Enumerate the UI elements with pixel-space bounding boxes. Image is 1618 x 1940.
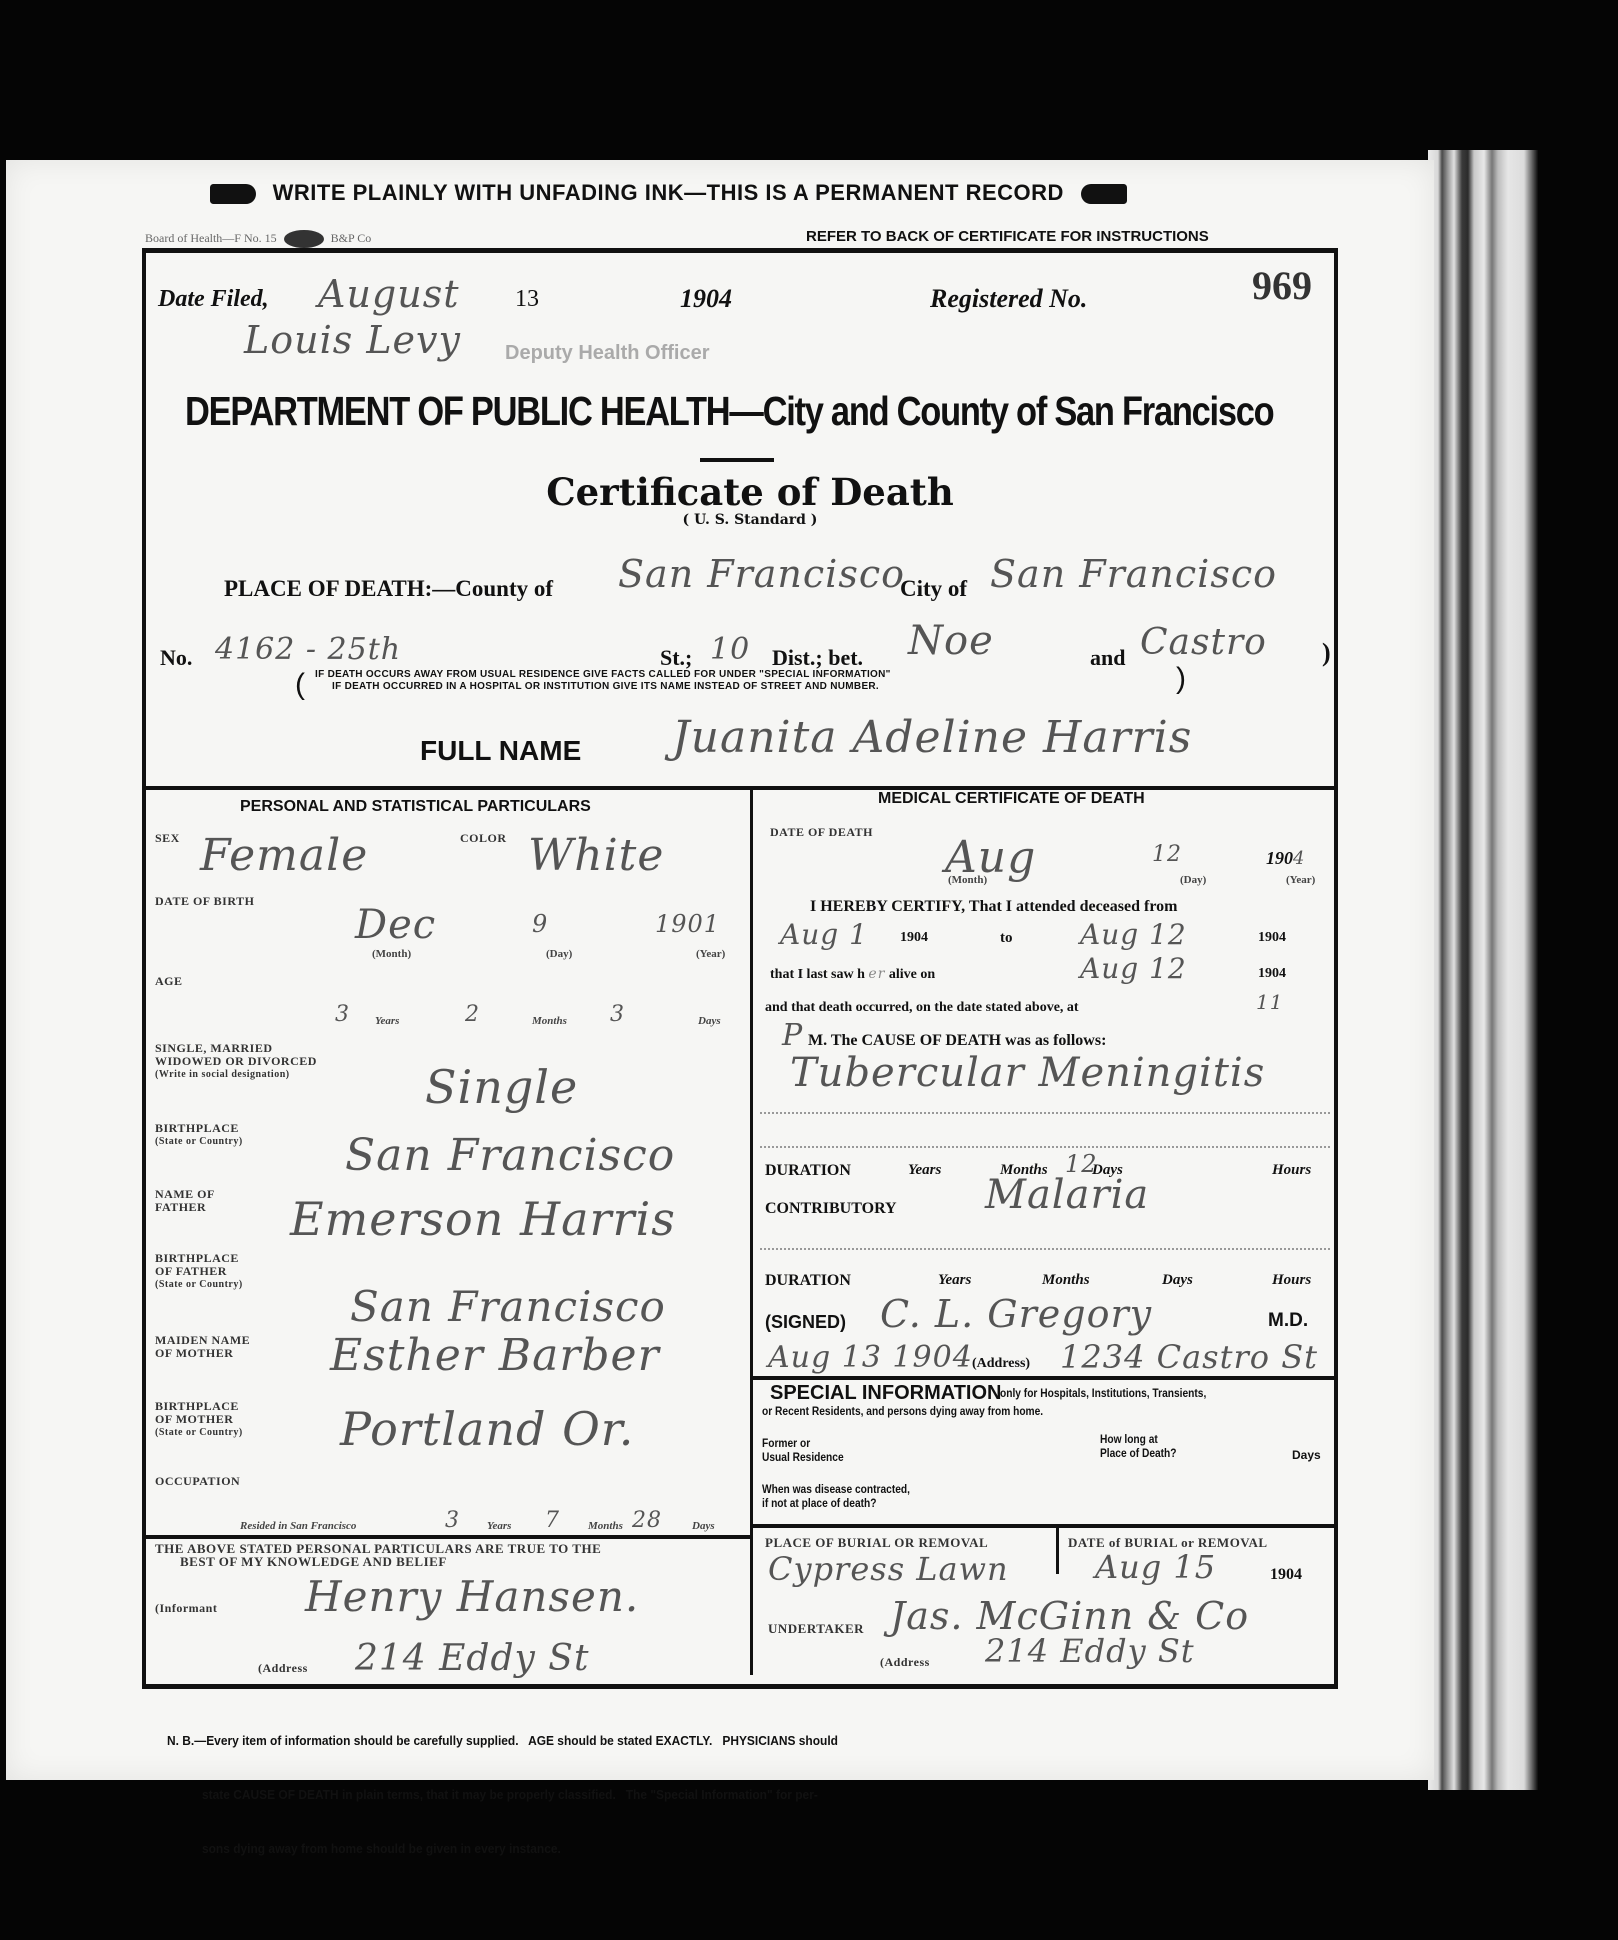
informant-name: Henry Hansen.	[305, 1572, 639, 1621]
date-filed-year: 1904	[680, 284, 732, 314]
resided-years: 3	[445, 1508, 460, 1533]
duration2-label: DURATION	[765, 1272, 851, 1290]
street-no-label: No.	[160, 645, 192, 671]
undertaker-address-value: 214 Eddy St	[985, 1632, 1195, 1670]
death-time-text: and that death occurred, on the date sta…	[765, 1000, 1079, 1016]
paren-close: )	[1322, 638, 1331, 668]
special-info-title: SPECIAL INFORMATION	[770, 1382, 1001, 1405]
former-residence-label: Former or Usual Residence	[762, 1436, 844, 1464]
duration2-years-label: Years	[938, 1272, 971, 1289]
age-months-caption: Months	[532, 1015, 567, 1027]
color-label: COLOR	[460, 832, 507, 845]
certificate-standard: ( U. S. Standard )	[0, 512, 1500, 528]
officer-title: Deputy Health Officer	[505, 342, 709, 365]
duration-label: DURATION	[765, 1162, 851, 1180]
burial-date-value: Aug 15	[1095, 1548, 1216, 1586]
between-street-2: Castro	[1140, 622, 1267, 663]
frame-bottom	[142, 1684, 1338, 1689]
occupation-value	[300, 1470, 720, 1486]
informant-divider	[146, 1535, 750, 1539]
and-label: and	[1090, 645, 1125, 671]
title-rule	[700, 458, 774, 462]
dod-day: 12	[1152, 842, 1182, 867]
dod-year: 1904	[1266, 848, 1305, 869]
union-seal-icon	[284, 230, 324, 248]
medical-section-title: MEDICAL CERTIFICATE OF DEATH	[878, 790, 1145, 808]
note-paren-open: (	[295, 668, 305, 702]
sex-value: Female	[200, 830, 368, 881]
frame-top	[142, 248, 1338, 253]
certificate-title: Certificate of Death	[0, 470, 1500, 514]
special-info-subtitle-1: only for Hospitals, Institutions, Transi…	[1000, 1386, 1206, 1400]
informant-address-label: (Address	[258, 1662, 308, 1675]
dob-year: 1901	[655, 910, 720, 938]
city-value: San Francisco	[990, 552, 1277, 596]
dod-label: DATE OF DEATH	[770, 826, 873, 839]
last-saw-date: Aug 12	[1080, 952, 1187, 985]
duration-years-label: Years	[908, 1162, 941, 1179]
undertaker-address-label: (Address	[880, 1656, 930, 1669]
mother-birthplace-value: Portland Or.	[340, 1402, 634, 1456]
to-label: to	[1000, 930, 1013, 947]
burial-divider	[753, 1524, 1334, 1528]
date-filed-day: 13	[515, 286, 539, 313]
duration-hours-label: Hours	[1272, 1162, 1311, 1179]
duration2-hours-label: Hours	[1272, 1272, 1311, 1289]
date-filed-label: Date Filed,	[158, 286, 269, 313]
date-filed-month: August	[318, 272, 460, 316]
st-label: St.;	[660, 645, 692, 671]
cause-line-3	[760, 1146, 1330, 1148]
registered-label: Registered No.	[930, 284, 1087, 314]
pointing-hand-icon	[1081, 184, 1127, 204]
burial-place-value: Cypress Lawn	[768, 1550, 1009, 1588]
full-name-value: Juanita Adeline Harris	[672, 712, 1192, 763]
district-label: Dist.; bet.	[772, 645, 863, 671]
note-paren-close: )	[1176, 662, 1186, 696]
duration2-days-label: Days	[1162, 1272, 1193, 1289]
duration2-months-label: Months	[1042, 1272, 1090, 1289]
dob-month-caption: (Month)	[372, 948, 411, 960]
city-label: City of	[900, 576, 967, 602]
attended-to-year: 1904	[1258, 930, 1286, 946]
dob-day-caption: (Day)	[546, 948, 572, 960]
age-label: AGE	[155, 975, 183, 988]
contracted-label: When was disease contracted, if not at p…	[762, 1482, 910, 1510]
birthplace-label: BIRTHPLACE (State or Country)	[155, 1122, 243, 1148]
mother-birthplace-label: BIRTHPLACE OF MOTHER (State or Country)	[155, 1400, 243, 1439]
birthplace-value: San Francisco	[345, 1130, 675, 1181]
mother-name-value: Esther Barber	[330, 1330, 660, 1381]
street-number-value: 4162 - 25th	[215, 632, 401, 667]
informant-label: (Informant	[155, 1602, 217, 1615]
physician-address-label: (Address)	[972, 1356, 1030, 1372]
how-long-label: How long at Place of Death?	[1100, 1432, 1177, 1460]
burial-place-label: PLACE OF BURIAL OR REMOVAL	[765, 1536, 988, 1549]
last-saw-text: that I last saw h er alive on	[770, 966, 935, 983]
county-value: San Francisco	[618, 552, 905, 596]
death-hour: 11	[1256, 990, 1283, 1014]
contributory-line-2	[760, 1248, 1330, 1250]
district-value: 10	[710, 632, 750, 667]
officer-signature: Louis Levy	[244, 318, 461, 362]
certify-text: I HEREBY CERTIFY, That I attended deceas…	[810, 898, 1177, 916]
dob-day: 9	[532, 910, 548, 938]
age-months: 2	[465, 1002, 480, 1027]
color-value: White	[528, 830, 664, 881]
frame-right	[1334, 248, 1338, 1688]
marital-value: Single	[425, 1060, 578, 1114]
header-warning: WRITE PLAINLY WITH UNFADING INK—THIS IS …	[200, 180, 1137, 206]
special-info-subtitle-2: or Recent Residents, and persons dying a…	[762, 1404, 1043, 1418]
between-street-1: Noe	[908, 618, 994, 664]
registered-number: 969	[1252, 262, 1312, 309]
residence-note-2: IF DEATH OCCURRED IN A HOSPITAL OR INSTI…	[332, 681, 879, 692]
refer-instructions: REFER TO BACK OF CERTIFICATE FOR INSTRUC…	[806, 228, 1209, 245]
contributory-label: CONTRIBUTORY	[765, 1200, 897, 1218]
form-number: Board of Health—F No. 15 B&P Co	[145, 230, 371, 248]
cause-value: Tubercular Meningitis	[790, 1050, 1265, 1096]
father-name-value: Emerson Harris	[290, 1192, 676, 1246]
age-years-caption: Years	[375, 1015, 399, 1027]
pointing-hand-icon	[210, 184, 256, 204]
sex-label: SEX	[155, 832, 180, 845]
md-label: M.D.	[1268, 1310, 1308, 1332]
dob-label: DATE OF BIRTH	[155, 895, 254, 908]
father-birthplace-value: San Francisco	[350, 1282, 666, 1331]
physician-signature: C. L. Gregory	[880, 1292, 1152, 1336]
attended-to: Aug 12	[1080, 918, 1187, 951]
full-name-label: FULL NAME	[420, 735, 581, 767]
resided-days: 28	[632, 1508, 662, 1533]
age-days-caption: Days	[698, 1015, 721, 1027]
informant-address: 214 Eddy St	[355, 1638, 589, 1679]
dob-year-caption: (Year)	[696, 948, 725, 960]
place-of-death-label: PLACE OF DEATH:—County of	[224, 576, 553, 602]
header-warning-text: WRITE PLAINLY WITH UNFADING INK—THIS IS …	[273, 180, 1064, 205]
cause-label: M. The CAUSE OF DEATH was as follows:	[808, 1032, 1106, 1050]
physician-address: 1234 Castro St	[1060, 1338, 1318, 1376]
resided-label: Resided in San Francisco	[240, 1520, 356, 1532]
resided-years-caption: Years	[487, 1520, 511, 1532]
residence-note-1: IF DEATH OCCURS AWAY FROM USUAL RESIDENC…	[315, 669, 891, 680]
last-saw-year: 1904	[1258, 966, 1286, 982]
footnote: N. B.—Every item of information should b…	[167, 1696, 838, 1876]
burial-year-value: 1904	[1270, 1566, 1302, 1584]
signed-label: (SIGNED)	[765, 1312, 846, 1333]
personal-section-title: PERSONAL AND STATISTICAL PARTICULARS	[240, 798, 591, 816]
cause-line-2	[760, 1112, 1330, 1114]
burial-column-divider	[1056, 1528, 1059, 1574]
meridian-value: P	[782, 1018, 803, 1053]
attestation-line-2: BEST OF MY KNOWLEDGE AND BELIEF	[180, 1555, 447, 1568]
dod-month-caption: (Month)	[948, 874, 987, 886]
contributory-value: Malaria	[985, 1172, 1149, 1218]
department-title: DEPARTMENT OF PUBLIC HEALTH—City and Cou…	[185, 388, 1273, 435]
age-years: 3	[335, 1002, 350, 1027]
age-days: 3	[610, 1002, 625, 1027]
signed-date: Aug 13 1904	[768, 1340, 973, 1375]
mother-name-label: MAIDEN NAME OF MOTHER	[155, 1334, 250, 1360]
resided-days-caption: Days	[692, 1520, 715, 1532]
special-divider	[753, 1376, 1334, 1380]
occupation-label: OCCUPATION	[155, 1475, 240, 1488]
father-birthplace-label: BIRTHPLACE OF FATHER (State or Country)	[155, 1252, 243, 1291]
how-long-days-label: Days	[1292, 1448, 1321, 1462]
marital-label: SINGLE, MARRIED WIDOWED OR DIVORCED (Wri…	[155, 1042, 317, 1081]
attended-from-year: 1904	[900, 930, 928, 946]
book-page-edges	[1428, 150, 1538, 1790]
dob-month: Dec	[355, 902, 436, 948]
resided-months: 7	[545, 1508, 560, 1533]
attended-from: Aug 1	[780, 918, 868, 951]
section-divider	[146, 786, 1334, 790]
father-name-label: NAME OF FATHER	[155, 1188, 215, 1214]
resided-months-caption: Months	[588, 1520, 623, 1532]
undertaker-label: UNDERTAKER	[768, 1622, 864, 1635]
frame-left	[142, 248, 146, 1688]
column-divider	[750, 790, 753, 1675]
dod-year-caption: (Year)	[1286, 874, 1315, 886]
dod-day-caption: (Day)	[1180, 874, 1206, 886]
